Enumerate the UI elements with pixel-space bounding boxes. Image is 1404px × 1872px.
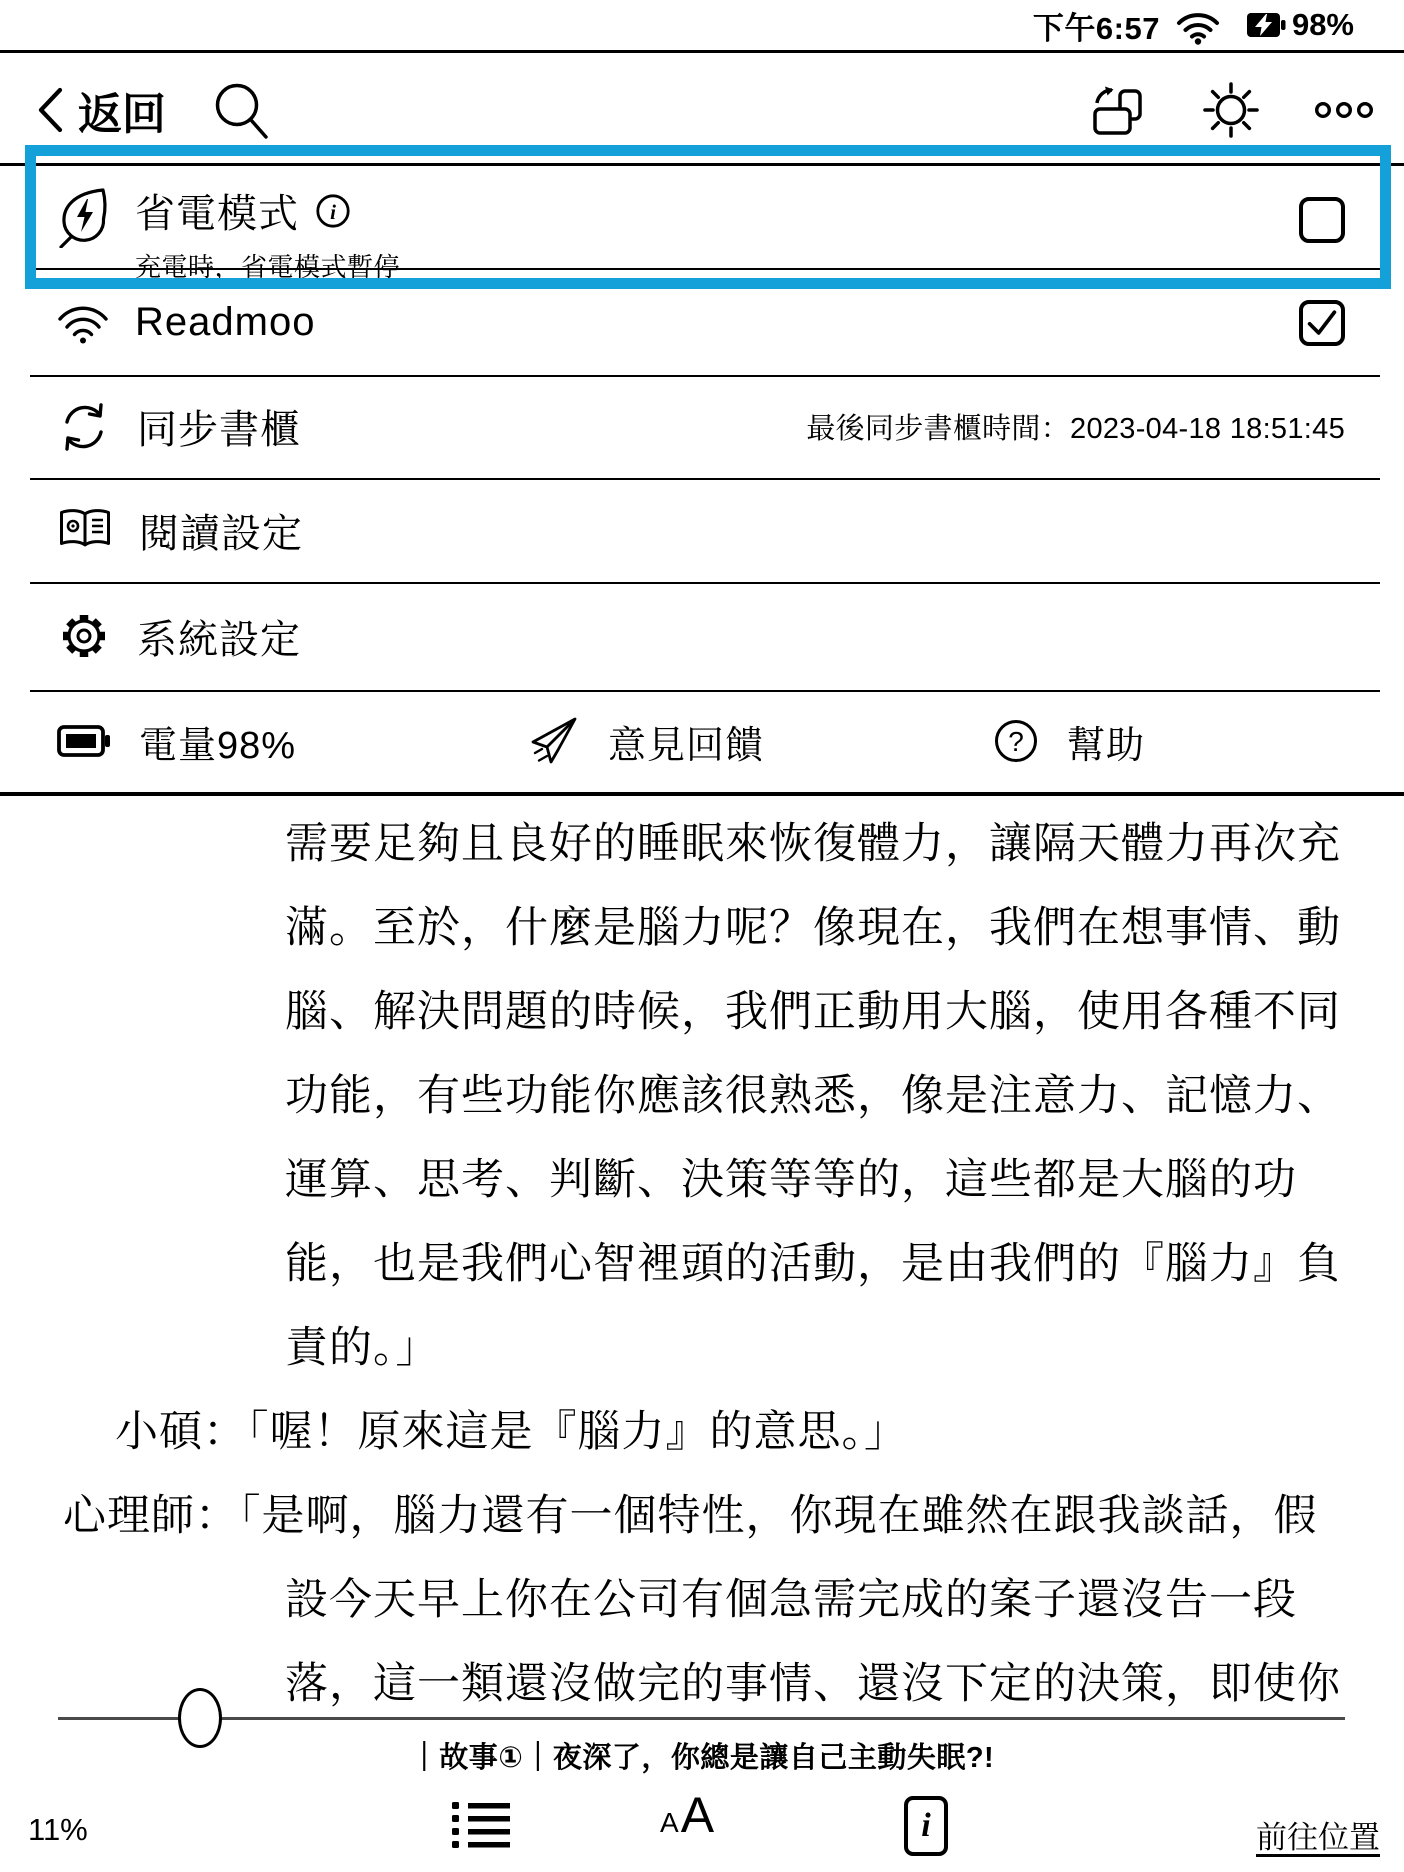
- book-line: 腦、解決問題的時候，我們正動用大腦，使用各種不同: [285, 978, 1341, 1039]
- book-line: 小碩：「喔！原來這是『腦力』的意思。」: [115, 1398, 908, 1459]
- last-sync-time: 最後同步書櫃時間：2023-04-18 18:51:45: [806, 406, 1345, 447]
- menu-item-power-saving[interactable]: 省電模式 i 充電時，省電模式暫停: [0, 166, 1404, 268]
- back-label: 返回: [78, 78, 166, 142]
- feedback-item[interactable]: 意見回饋: [528, 690, 764, 792]
- status-bar: 下午6:57 98%: [0, 0, 1404, 53]
- search-icon[interactable]: [212, 80, 272, 140]
- toc-icon[interactable]: [452, 1800, 510, 1850]
- reading-progress-text: 11%: [28, 1812, 88, 1848]
- book-info-icon[interactable]: i: [904, 1796, 948, 1856]
- battery-charging-icon: [1246, 10, 1286, 40]
- book-line: 責的。」: [285, 1314, 440, 1375]
- system-settings-label: 系統設定: [137, 608, 301, 665]
- book-line: 需要足夠且良好的睡眠來恢復體力，讓隔天體力再次充: [285, 810, 1341, 871]
- menu-item-reading-settings[interactable]: 閱讀設定: [0, 478, 1404, 582]
- help-item[interactable]: ? 幫助: [993, 690, 1145, 792]
- battery-percent-text: 98%: [1292, 7, 1354, 43]
- battery-level-label: 電量98%: [139, 714, 296, 769]
- sync-icon: [57, 400, 111, 454]
- power-saving-leaf-icon: [57, 186, 111, 248]
- menu-item-sync-shelf[interactable]: 同步書櫃 最後同步書櫃時間：2023-04-18 18:51:45: [0, 375, 1404, 478]
- settings-menu: 省電模式 i 充電時，省電模式暫停: [0, 163, 1404, 796]
- book-line: 設今天早上你在公司有個急需完成的案子還沒告一段: [285, 1566, 1297, 1627]
- info-icon[interactable]: i: [315, 193, 351, 229]
- font-small-glyph: A: [660, 1807, 679, 1839]
- slider-handle[interactable]: [178, 1688, 222, 1748]
- book-info-glyph: i: [921, 1807, 930, 1845]
- reading-settings-label: 閱讀設定: [139, 502, 303, 559]
- nav-bar: 返回: [0, 56, 1404, 163]
- battery-icon: [57, 722, 111, 760]
- svg-text:i: i: [330, 200, 336, 224]
- svg-text:?: ?: [1008, 726, 1024, 757]
- menu-footer: 電量98% 意見回饋 ?: [0, 690, 1404, 792]
- book-line: 心理師：「是啊，腦力還有一個特性，你現在雖然在跟我談話，假: [63, 1482, 1318, 1543]
- power-saving-checkbox[interactable]: [1299, 197, 1345, 243]
- book-line: 滿。至於，什麼是腦力呢？像現在，我們在想事情、動: [285, 894, 1341, 955]
- sync-shelf-label: 同步書櫃: [137, 398, 301, 455]
- book-line: 功能，有些功能你應該很熟悉，像是注意力、記憶力、: [285, 1062, 1341, 1123]
- progress-slider-track[interactable]: [58, 1717, 1345, 1720]
- gear-icon: [57, 609, 111, 663]
- clock: 下午6:57: [1033, 3, 1160, 48]
- chevron-left-icon: [36, 86, 64, 134]
- help-label: 幫助: [1067, 714, 1145, 769]
- menu-item-system-settings[interactable]: 系統設定: [0, 582, 1404, 690]
- font-size-icon[interactable]: AA: [660, 1786, 714, 1844]
- font-large-glyph: A: [681, 1786, 714, 1844]
- book-line: 落，這一類還沒做完的事情、還沒下定的決策，即使你: [285, 1650, 1341, 1711]
- power-saving-label: 省電模式: [135, 182, 299, 239]
- battery-level-item: 電量98%: [57, 690, 296, 792]
- more-options-icon[interactable]: [1314, 101, 1374, 119]
- rotate-screen-icon[interactable]: [1090, 83, 1148, 137]
- wifi-status-icon: [1176, 9, 1220, 45]
- paper-plane-icon: [528, 715, 580, 767]
- goto-position-link[interactable]: 前往位置: [1256, 1812, 1380, 1857]
- question-circle-icon: ?: [993, 718, 1039, 764]
- back-button[interactable]: 返回: [36, 78, 166, 142]
- reading-settings-icon: [57, 507, 113, 553]
- brightness-icon[interactable]: [1202, 81, 1260, 139]
- book-line: 運算、思考、判斷、決策等等的，這些都是大腦的功: [285, 1146, 1297, 1207]
- menu-item-readmoo-wifi[interactable]: Readmoo: [0, 270, 1404, 375]
- ereader-screen: 下午6:57 98%: [0, 0, 1404, 1872]
- feedback-label: 意見回饋: [608, 714, 764, 769]
- readmoo-checkbox[interactable]: [1299, 300, 1345, 346]
- wifi-icon: [57, 301, 109, 345]
- readmoo-label: Readmoo: [135, 300, 315, 345]
- book-line: 能，也是我們心智裡頭的活動，是由我們的『腦力』負: [285, 1230, 1341, 1291]
